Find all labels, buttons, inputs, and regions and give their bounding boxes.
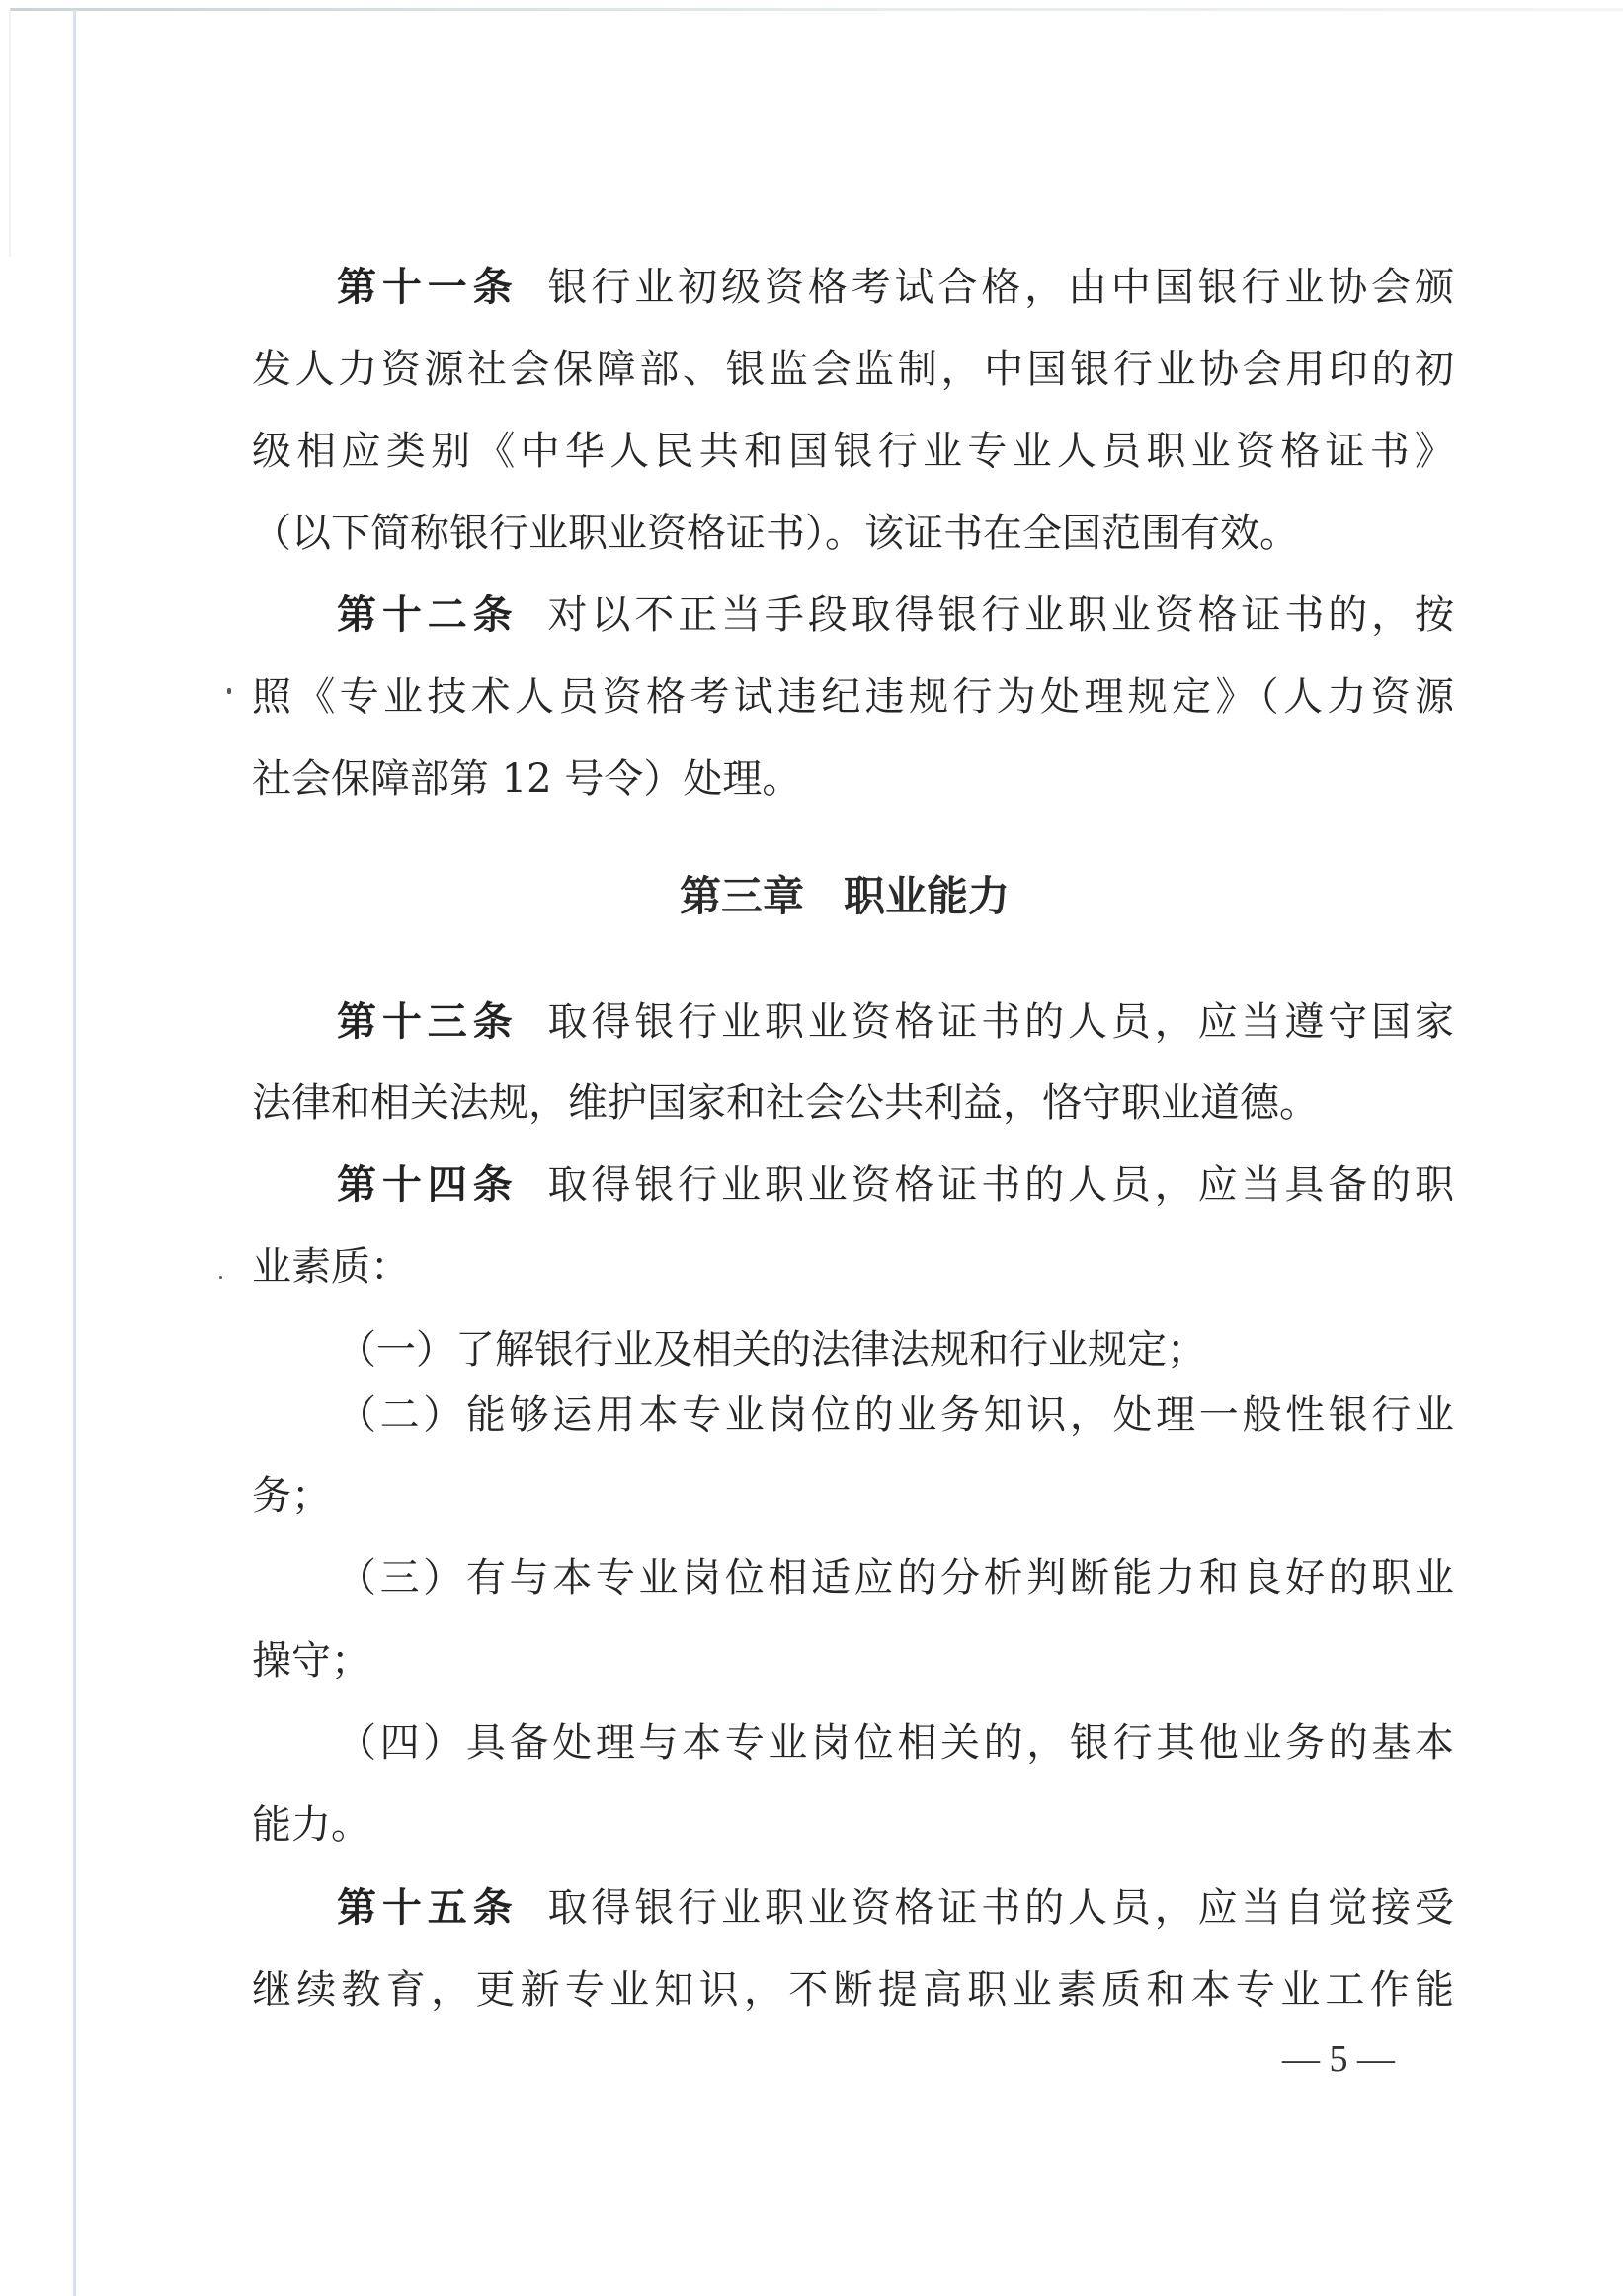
article-line: 级相应类别《中华人民共和国银行业专业人员职业资格证书》 [252, 422, 1454, 481]
article-line: （以下简称银行业职业资格证书）。该证书在全国范围有效。 [252, 504, 1454, 563]
scan-edge-left [73, 10, 76, 2296]
article-line: 第十五条取得银行业职业资格证书的人员，应当自觉接受 [337, 1878, 1454, 1938]
article-line: 照《专业技术人员资格考试违纪违规行为处理规定》（人力资源 [252, 668, 1454, 727]
article-text: 取得银行业职业资格证书的人员，应当遵守国家 [548, 999, 1455, 1045]
list-item: （一）了解银行业及相关的法律法规和行业规定； [337, 1320, 1454, 1380]
scan-edge-top [10, 8, 1623, 11]
article-line: 第十二条对以不正当手段取得银行业职业资格证书的，按 [337, 586, 1454, 645]
chapter-title: 职业能力 [844, 872, 1010, 920]
list-item-continued: 能力。 [252, 1795, 1454, 1855]
scan-speck [227, 688, 231, 694]
article-line: 发人力资源社会保障部、银监会监制，中国银行业协会用印的初 [252, 340, 1454, 399]
chapter-heading: 第三章职业能力 [680, 867, 1010, 926]
list-item: （二）能够运用本专业岗位的业务知识，处理一般性银行业 [337, 1386, 1454, 1445]
article-text: 取得银行业职业资格证书的人员，应当具备的职 [548, 1162, 1455, 1208]
article-line: 第十四条取得银行业职业资格证书的人员，应当具备的职 [337, 1155, 1454, 1215]
article-line: 社会保障部第 12 号令）处理。 [252, 750, 1454, 809]
chapter-number: 第三章 [680, 872, 804, 920]
article-number: 第十四条 [337, 1162, 519, 1208]
list-item-continued: 务； [252, 1466, 1454, 1526]
page-number: — 5 — [1255, 2034, 1422, 2084]
article-number: 第十一条 [337, 265, 519, 310]
list-item-continued: 操守； [252, 1631, 1454, 1691]
scan-edge-left-faint [9, 10, 11, 257]
article-line: 第十三条取得银行业职业资格证书的人员，应当遵守国家 [337, 992, 1454, 1052]
article-text: 银行业初级资格考试合格，由中国银行业协会颁 [548, 265, 1455, 310]
article-number: 第十二条 [337, 593, 519, 638]
list-item: （四）具备处理与本专业岗位相关的，银行其他业务的基本 [337, 1713, 1454, 1773]
article-line: 法律和相关法规，维护国家和社会公共利益，恪守职业道德。 [252, 1073, 1454, 1133]
article-line: 继续教育，更新专业知识，不断提高职业素质和本专业工作能 [252, 1960, 1454, 2019]
list-item: （三）有与本专业岗位相适应的分析判断能力和良好的职业 [337, 1548, 1454, 1608]
article-line: 业素质： [252, 1237, 1454, 1297]
scan-speck [219, 1276, 222, 1279]
article-number: 第十三条 [337, 999, 519, 1045]
article-number: 第十五条 [337, 1885, 519, 1931]
article-line: 第十一条银行业初级资格考试合格，由中国银行业协会颁 [337, 258, 1454, 317]
article-text: 取得银行业职业资格证书的人员，应当自觉接受 [548, 1885, 1455, 1931]
article-text: 对以不正当手段取得银行业职业资格证书的，按 [548, 593, 1455, 638]
